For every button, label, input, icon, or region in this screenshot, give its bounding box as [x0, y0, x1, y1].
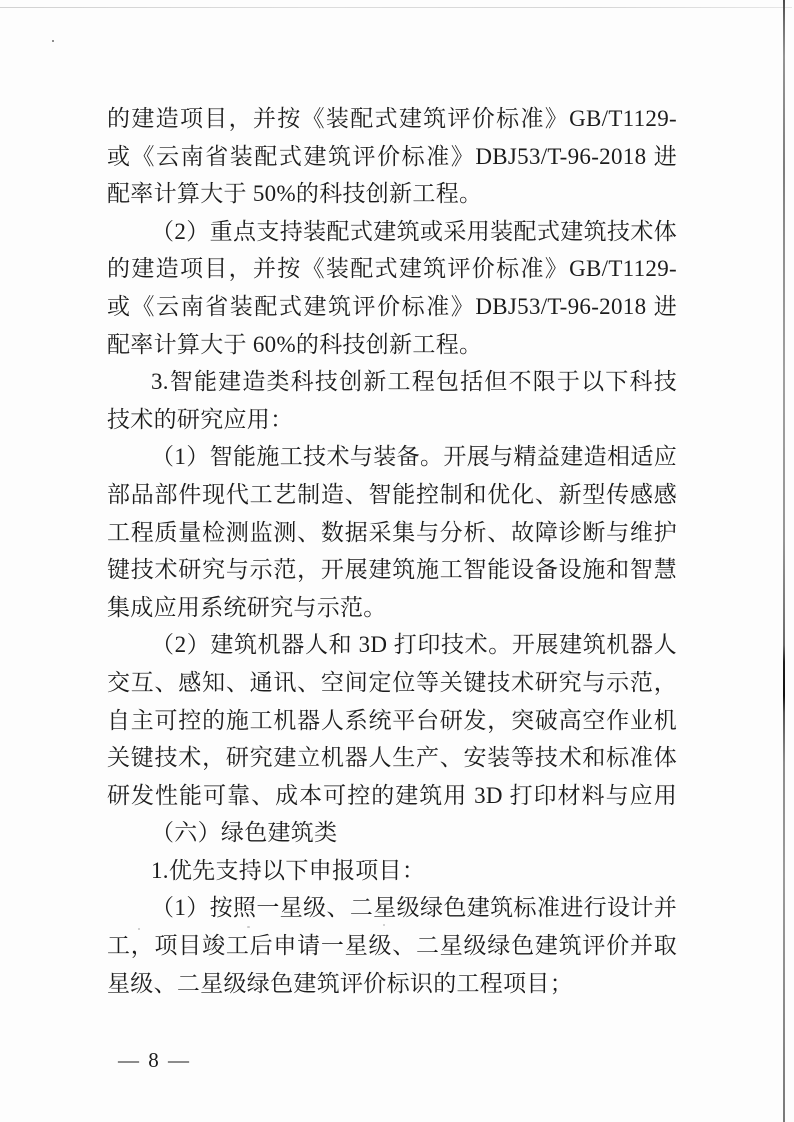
text-line: （六）绿色建筑类 [107, 814, 677, 852]
text-line: 键技术研究与示范，开展建筑施工智能设备设施和智慧工地 [107, 551, 677, 589]
scan-speck [52, 40, 54, 42]
text-line: 星级、二星级绿色建筑评价标识的工程项目； [107, 965, 677, 1003]
text-line: （1）智能施工技术与装备。开展与精益建造相适应的 [107, 438, 677, 476]
text-line: 或《云南省装配式建筑评价标准》DBJ53/T-96-2018 进行装 [107, 138, 677, 176]
text-line: 配率计算大于 60%的科技创新工程。 [107, 326, 677, 364]
text-line: 研发性能可靠、成本可控的建筑用 3D 打印材料与应用技术。 [107, 777, 677, 815]
text-line: 1.优先支持以下申报项目： [107, 852, 677, 890]
text-line: （2）重点支持装配式建筑或采用装配式建筑技术体系 [107, 213, 677, 251]
scan-edge-top-artifact [0, 7, 792, 8]
body-text: 的建造项目，并按《装配式建筑评价标准》GB/T1129-2017，或《云南省装配… [107, 100, 677, 1002]
text-line: （1）按照一星级、二星级绿色建筑标准进行设计并施 [107, 889, 677, 927]
text-line: 集成应用系统研究与示范。 [107, 589, 677, 627]
document-page: 的建造项目，并按《装配式建筑评价标准》GB/T1129-2017，或《云南省装配… [0, 0, 794, 1122]
page-number: — 8 — [118, 1046, 191, 1074]
text-line: 自主可控的施工机器人系统平台研发，突破高空作业机器人 [107, 702, 677, 740]
text-line: 的建造项目，并按《装配式建筑评价标准》GB/T1129-2017， [107, 250, 677, 288]
text-line: 配率计算大于 50%的科技创新工程。 [107, 175, 677, 213]
text-line: 3.智能建造类科技创新工程包括但不限于以下科技创新 [107, 363, 677, 401]
scan-edge-right-artifact [783, 0, 785, 1122]
text-line: 技术的研究应用： [107, 401, 677, 439]
text-line: 交互、感知、通讯、空间定位等关键技术研究与示范，进行 [107, 664, 677, 702]
text-line: 工程质量检测监测、数据采集与分析、故障诊断与维护等关 [107, 514, 677, 552]
text-line: 的建造项目，并按《装配式建筑评价标准》GB/T1129-2017， [107, 100, 677, 138]
text-line: 或《云南省装配式建筑评价标准》DBJ53/T-96-2018 进行装 [107, 288, 677, 326]
text-line: （2）建筑机器人和 3D 打印技术。开展建筑机器人智能 [107, 626, 677, 664]
text-line: 部品部件现代工艺制造、智能控制和优化、新型传感感知、 [107, 476, 677, 514]
text-line: 关键技术，研究建立机器人生产、安装等技术和标准体系。 [107, 739, 677, 777]
text-line: 工，项目竣工后申请一星级、二星级绿色建筑评价并取得一 [107, 927, 677, 965]
